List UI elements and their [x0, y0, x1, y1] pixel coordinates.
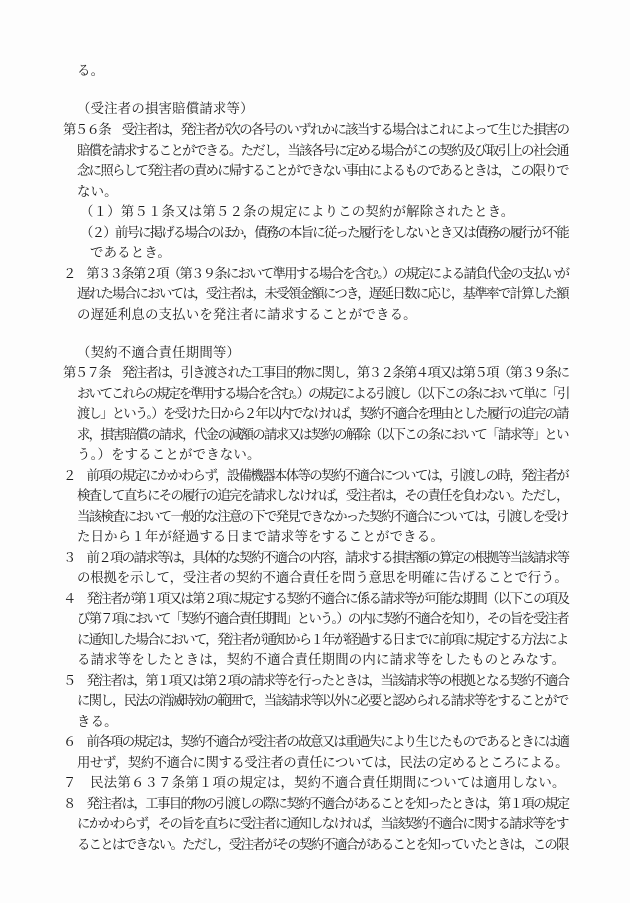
text-line: 賠償を請求することができる。ただし，当該各号に定める場合がこの契約及び取引上の社…: [77, 142, 568, 162]
text-line: に関し，民法の消滅時効の範囲で，当該請求等以外に必要と認められる請求等をすること…: [77, 692, 568, 712]
text-line: （１）第５１条又は第５２条の規定によりこの契約が解除されたとき。: [80, 203, 514, 223]
text-line: ７ 民法第６３７条第１項の規定は，契約不適合責任期間については適用しない。: [63, 774, 566, 794]
text-line: 検査して直ちにその履行の追完を請求しなければ，受注者は，その責任を負わない。ただ…: [77, 487, 568, 507]
text-line: ２ 前項の規定にかかわらず，設備機器本体等の契約不適合については，引渡しの時，発…: [63, 467, 568, 487]
text-line: ５ 発注者は，第１項又は第２項の請求等を行ったときは，当該請求等の根拠となる契約…: [63, 672, 568, 692]
text-line: の根拠を示して，受注者の契約不適合責任を問う意思を明確に告げることで行う。: [77, 569, 568, 589]
document-page: る。（受注者の損害賠償請求等）第５６条 受注者は，発注者が次の各号のいずれかに該…: [0, 0, 630, 903]
text-line: きる。: [77, 713, 118, 733]
text-line: 当該検査において一般的な注意の下で発見できなかった契約不適合については，引渡しを…: [77, 508, 568, 528]
text-line: び第７項において「契約不適合責任期間」という。）の内に契約不適合を知り，その旨を…: [77, 610, 568, 630]
text-line: ない。: [77, 183, 118, 203]
text-line: 第５７条 発注者は，引き渡された工事目的物に関し，第３２条第４項又は第５項（第３…: [63, 364, 568, 384]
text-line: 用せず，契約不適合に関する受注者の責任については，民法の定めるところによる。: [77, 754, 568, 774]
text-line: の遅延利息の支払いを発注者に請求することができる。: [77, 306, 417, 326]
text-line: 求，損害賠償の請求，代金の減額の請求又は契約の解除（以下この条において「請求等」…: [77, 426, 568, 446]
text-line: ３ 前２項の請求等は，具体的な契約不適合の内容，請求する損害額の算定の根拠等当該…: [63, 549, 568, 569]
text-line: 念に照らして発注者の責めに帰することができない事由によるものであるときは，この限…: [77, 162, 568, 182]
text-line: う。）をすることができない。: [77, 446, 261, 466]
text-line: （契約不適合責任期間等）: [77, 344, 240, 364]
text-line: 遅れた場合においては，受注者は，未受領金額につき，遅延日数に応じ，基準率で計算し…: [77, 285, 568, 305]
text-line: おいてこれらの規定を準用する場合を含む。）の規定による引渡し（以下この条において…: [77, 385, 568, 405]
text-line: ４ 発注者が第１項又は第２項に規定する契約不適合に係る請求等が可能な期間（以下こ…: [63, 590, 568, 610]
text-line: にかかわらず，その旨を直ちに受注者に通知しなければ，当該契約不適合に関する請求等…: [77, 815, 568, 835]
text-line: （２）前号に掲げる場合のほか，債務の本旨に従った履行をしないとき又は債務の履行が…: [80, 224, 568, 244]
text-line: ることはできない。ただし，受注者がその契約不適合があることを知っていたときは，こ…: [77, 836, 568, 856]
text-line: に通知した場合において，発注者が通知から１年が経過する日までに前項に規定する方法…: [77, 631, 568, 651]
text-line: る。: [77, 62, 104, 82]
text-line: 渡し」という。）を受けた日から２年以内でなければ，契約不適合を理由とした履行の追…: [77, 405, 568, 425]
text-line: ２ 第３３条第２項（第３９条において準用する場合を含む。）の規定による請負代金の…: [63, 265, 568, 285]
text-line: た日から１年が経過する日まで請求等をすることができる。: [77, 528, 444, 548]
text-line: ８ 発注者は，工事目的物の引渡しの際に契約不適合があることを知ったときは，第１項…: [63, 795, 568, 815]
text-line: る請求等をしたときは，契約不適合責任期間の内に請求等をしたものとみなす。: [77, 651, 565, 671]
text-line: 第５６条 受注者は，発注者が次の各号のいずれかに該当する場合はこれによって生じた…: [63, 121, 568, 141]
text-line: （受注者の損害賠償請求等）: [77, 100, 254, 120]
text-line: ６ 前各項の規定は，契約不適合が受注者の故意又は重過失により生じたものであるとき…: [63, 733, 568, 753]
text-line: であるとき。: [90, 244, 171, 264]
